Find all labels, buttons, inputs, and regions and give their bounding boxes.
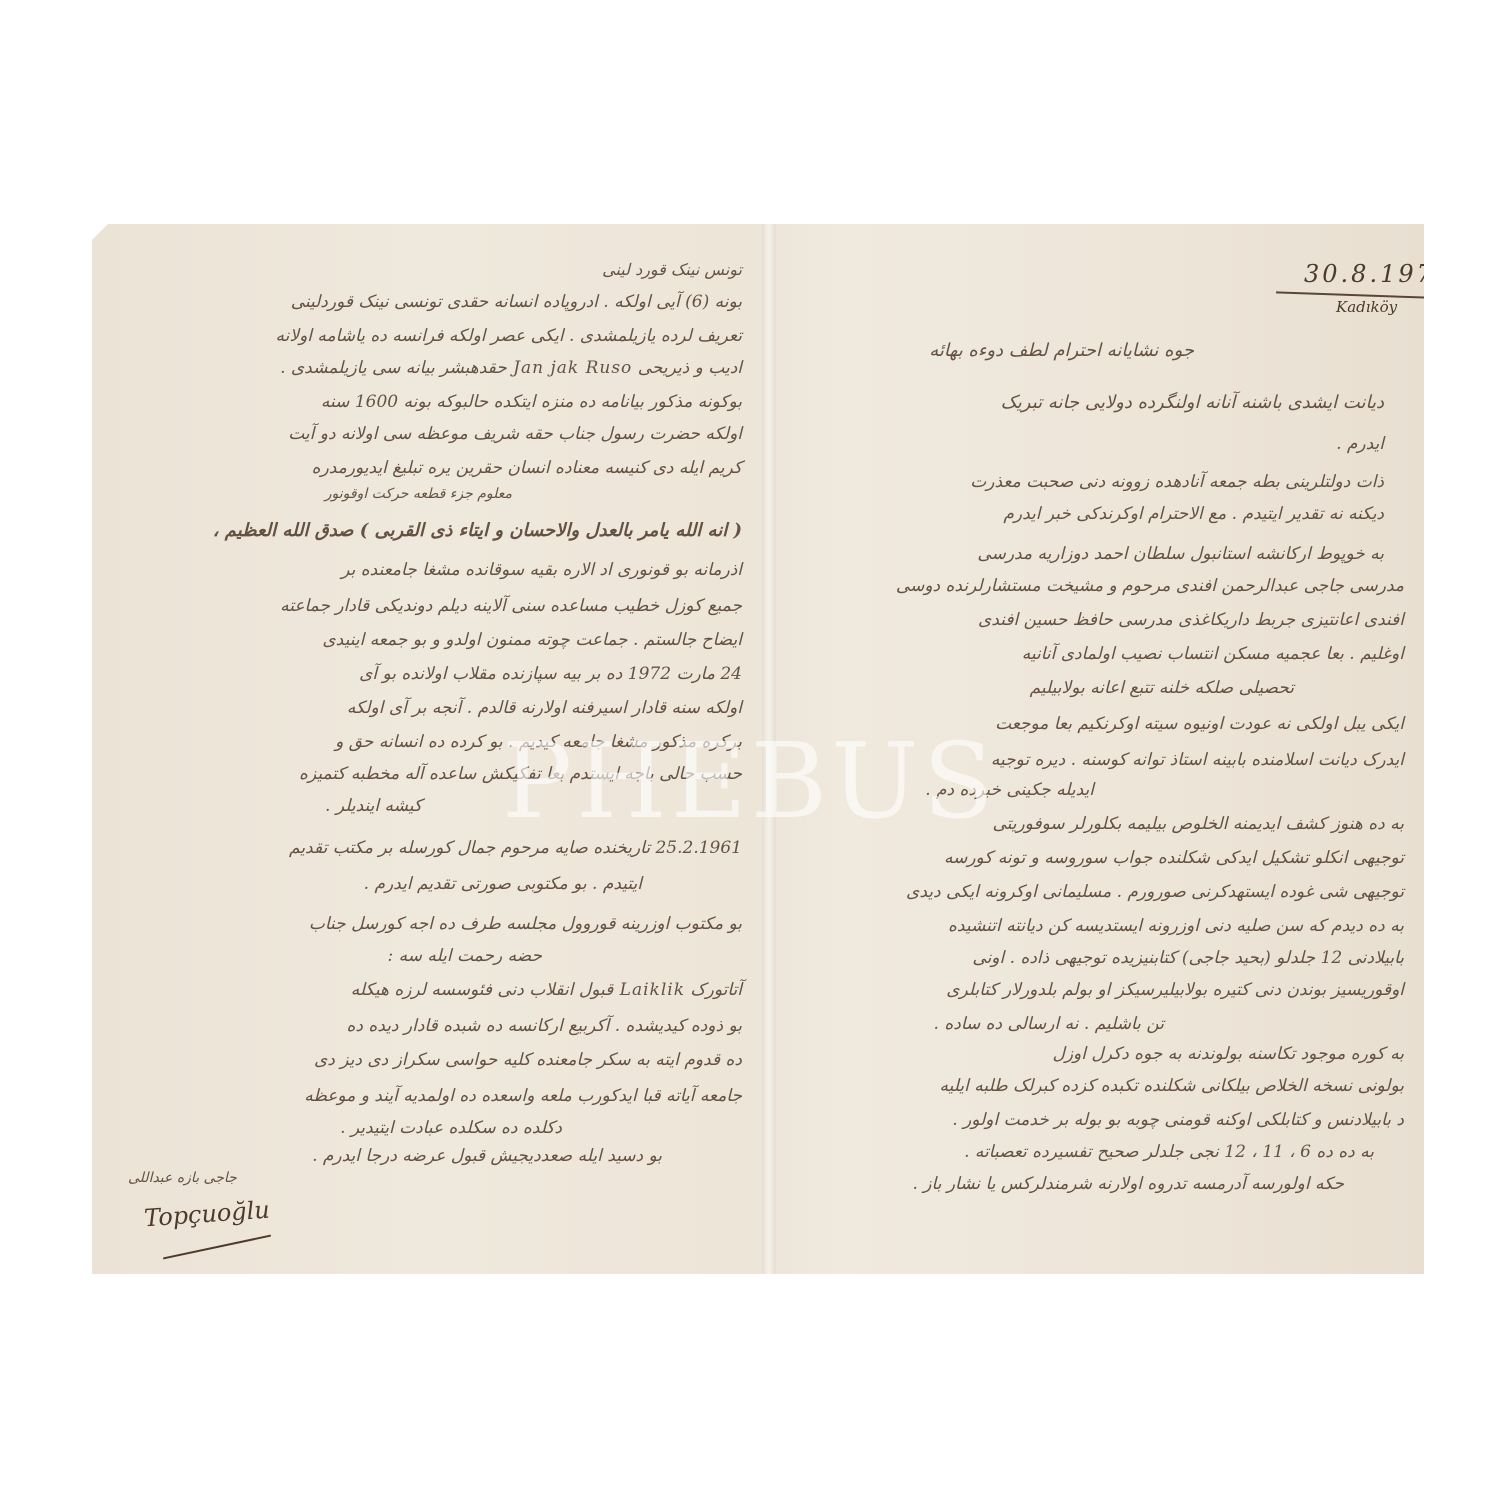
signature: Topçuoğlu <box>143 1196 270 1233</box>
handwritten-line: بو دسید ایله صعددیجیش قبول عرضه درجا اید… <box>312 1146 662 1166</box>
handwritten-line: ده قدوم ایته به سکر جامعنده کلیه حواسی س… <box>314 1050 742 1070</box>
handwritten-line: ایتیدم . بو مکتوبی صورتی تقدیم ایدرم . <box>364 874 642 894</box>
left-page: تونس نینک قورد لینی بونه (6) آیی اولکه .… <box>92 224 762 1274</box>
handwritten-line: تحصیلی صلکه خلنه تتبع اعانه بولابیلیم <box>1030 678 1294 698</box>
handwritten-line: بو ذوده کیدیشده . آکربیع ارکانسه ده شبده… <box>346 1016 742 1036</box>
handwritten-line: 25.2.1961 تاریخنده صایه مرحوم جمال کورسل… <box>289 838 742 858</box>
handwritten-line: بو مکتوب اوزرینه قوروول مجلسه طرف ده اجه… <box>309 914 742 934</box>
handwritten-line: دیانت ایشدی باشنه آنانه اولنگرده دولایی … <box>1001 392 1384 413</box>
handwritten-line: جامعه آیاته قبا ایدکورب ملعه واسعده ده ا… <box>304 1086 742 1106</box>
handwritten-line: ایدیله جکینی خبرده دم . <box>925 780 1094 800</box>
handwritten-line: بونه (6) آیی اولکه . ادروپاده انسانه حقد… <box>291 292 742 312</box>
handwritten-line: اولکه سنه قادار اسیرفنه اولارنه قالدم . … <box>347 698 742 718</box>
handwritten-line: ایکی یبل اولکی نه عودت اونیوه سیته اوکرن… <box>995 714 1404 734</box>
handwritten-line: ادیب و ذیریحی Jan jak Ruso حقدهبشر بیانه… <box>280 358 742 378</box>
letter-date: 30.8.1972 <box>1304 260 1453 288</box>
handwritten-line: ایدرک دیانت اسلامنده بابینه استاذ توانه … <box>991 750 1404 770</box>
handwritten-line: بوکونه مذکور بیانامه ده منزه ایتکده حالب… <box>321 392 742 412</box>
handwritten-line: تن باشلیم . نه ارسالی ده ساده . <box>934 1014 1164 1034</box>
letter-place: Kadıköy <box>1336 298 1397 316</box>
handwritten-line: دکلده ده سکلده عبادت ایتیدیر . <box>340 1118 562 1138</box>
handwritten-line: برکره مذکور مشغا جامعه کیدیم . بو کرده د… <box>335 732 742 752</box>
handwritten-line: افندی اعانتیزی جربط داریکاغذی مدرسی حافظ… <box>978 610 1404 630</box>
handwritten-line: کیشه ایندیلر . <box>325 796 422 816</box>
handwritten-line: کریم ایله دی کنیسه معناده انسان حقرین یر… <box>312 458 742 478</box>
handwritten-line: مدرسی جاجی عبدالرحمن افندی مرحوم و مشیخت… <box>896 576 1404 596</box>
handwritten-line: معلوم جزء قطعه حرکت اوقونور <box>325 486 512 502</box>
handwritten-line: اولکه حضرت رسول جناب حقه شریف موعظه سی ا… <box>288 424 742 444</box>
center-fold <box>762 224 776 1274</box>
handwritten-line: اذرمانه بو قونوری اد الاره بقیه سوقانده … <box>341 560 742 580</box>
handwritten-line: به ده ده 6 ، 11 ، 12 نجی جلدلر صحیح تفسی… <box>964 1142 1374 1162</box>
handwritten-line: تونس نینک قورد لینی <box>602 260 742 279</box>
handwritten-line: تعریف لرده یازیلمشدی . ایکی عصر اولکه فر… <box>276 326 742 346</box>
handwritten-line: توجیهی شی غوده ایستهدکرنی صورورم . مسلیم… <box>906 882 1404 902</box>
handwritten-line: حکه اولورسه آدرمسه تدروه اولارنه شرمندلر… <box>913 1174 1345 1194</box>
handwritten-line: توجیهی انکلو تشکیل ایدکی شکلنده جواب سور… <box>944 848 1404 868</box>
letter-sheet: تونس نینک قورد لینی بونه (6) آیی اولکه .… <box>92 224 1424 1274</box>
handwritten-line: اوقوریسیز بوندن دنی کتیره بولابیلیرسیکز … <box>946 980 1404 1000</box>
handwritten-line: به خوپوط ارکانشه استانبول سلطان احمد دوز… <box>977 544 1384 564</box>
handwritten-line: به ده هنوز کشف ایدیمنه الخلوص بیلیمه بکل… <box>992 814 1404 834</box>
signature-stroke <box>163 1235 271 1260</box>
handwritten-line: حسب حالی باجه ایستدم بعا تفکیکش ساعده آل… <box>299 764 742 784</box>
handwritten-line: بولونی نسخه الخلاص بیلکانی شکلنده تکبده … <box>939 1076 1404 1096</box>
handwritten-line: حضه رحمت ایله سه : <box>387 946 542 966</box>
handwritten-line: ( انه الله یامر بالعدل والاحسان و ایتاء … <box>213 520 742 541</box>
handwritten-line: به کوره موجود تکاسنه بولوندنه به جوه دکر… <box>1052 1044 1404 1064</box>
handwritten-line: بابیلادنی 12 جلدلو (بحید جاجی) کتابنیزید… <box>972 948 1404 968</box>
handwritten-line: آتاتورک Laiklik قبول انقلاب دنی فئوسسه ل… <box>351 980 742 1000</box>
handwritten-line: به ده دیدم که سن صلیه دنی اوزرونه ایستدی… <box>948 916 1404 936</box>
handwritten-line: دیکنه نه تقدیر ایتیدم . مع الاحترام اوکر… <box>1003 504 1384 524</box>
handwritten-line: 24 مارت 1972 ده بر بیه سپازنده مقلاب اول… <box>359 664 742 684</box>
handwritten-line: د بابیلادنس و کتابلکی اوکنه قومنی چوبه ب… <box>952 1110 1404 1130</box>
handwritten-line: جاجی بازه عبداللی <box>128 1170 237 1186</box>
handwritten-line: ایدرم . <box>1336 434 1384 454</box>
handwritten-line: ایضاح جالستم . جماعت چوته ممنون اولدو و … <box>322 630 742 650</box>
handwritten-line: جوه نشایانه احترام لطف دوءه بهائه <box>929 340 1194 361</box>
handwritten-line: اوغلیم . بعا عجمیه مسکن انتساب نصیب اولم… <box>1022 644 1404 664</box>
right-page: 30.8.1972 Kadıköy جوه نشایانه احترام لطف… <box>776 224 1424 1274</box>
handwritten-line: جمیع کوزل خطیب مساعده سنی آلاینه دیلم دو… <box>280 596 742 616</box>
handwritten-line: ذات دولتلرینی بطه جمعه آنادهده زوونه دنی… <box>970 472 1384 492</box>
